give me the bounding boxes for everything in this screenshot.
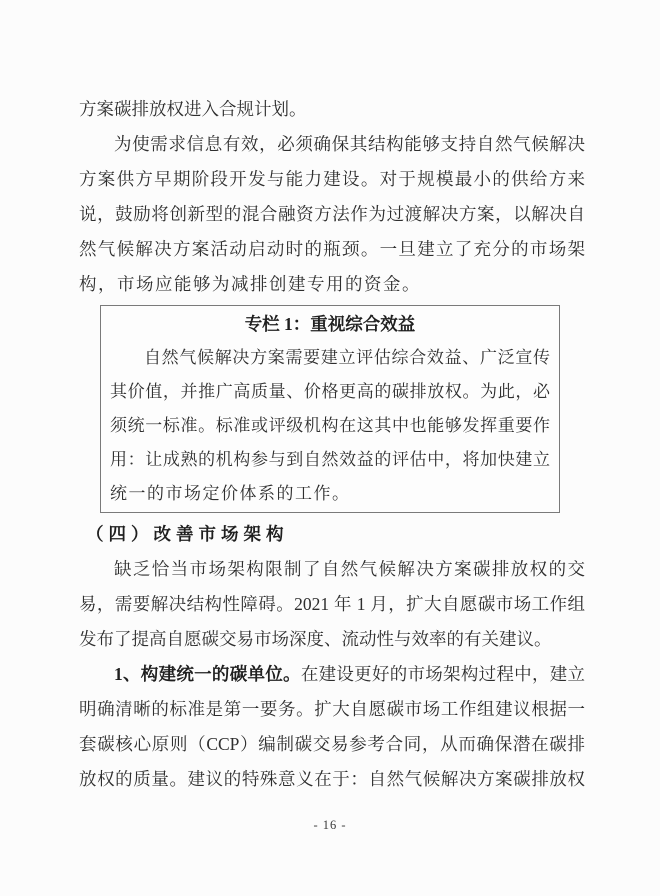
- callout-box: 专栏 1：重视综合效益 自然气候解决方案需要建立评估综合效益、广泛宣传 其价值，…: [100, 305, 560, 513]
- paragraph-4-lead-line: 1、构建统一的碳单位。在建设更好的市场架构过程中，建立: [79, 657, 585, 692]
- paragraph-4-line: 放权的质量。建议的特殊意义在于：自然气候解决方案碳排放权: [79, 762, 585, 797]
- page-number: - 16 -: [0, 818, 660, 833]
- section-heading: （四）改善市场架构: [79, 517, 585, 552]
- paragraph-3-line: 易，需要解决结构性障碍。2021 年 1 月，扩大自愿碳市场工作组: [79, 587, 585, 622]
- callout-box-line: 须统一标准。标准或评级机构在这其中也能够发挥重要作: [110, 409, 550, 443]
- callout-box-line: 统一的市场定价体系的工作。: [110, 477, 550, 511]
- paragraph-2-line: 然气候解决方案活动启动时的瓶颈。一旦建立了充分的市场架: [79, 232, 585, 267]
- paragraph-3-line: 发布了提高自愿碳交易市场深度、流动性与效率的有关建议。: [79, 622, 585, 657]
- paragraph-4-line: 明确清晰的标准是第一要务。扩大自愿碳市场工作组建议根据一: [79, 692, 585, 727]
- paragraph-4-lead-rest: 在建设更好的市场架构过程中，建立: [301, 664, 585, 684]
- callout-box-line: 用：让成熟的机构参与到自然效益的评估中，将加快建立: [110, 443, 550, 477]
- paragraph-2-line: 说，鼓励将创新型的混合融资方法作为过渡解决方案，以解决自: [79, 197, 585, 232]
- paragraph-1-line: 方案碳排放权进入合规计划。: [79, 92, 585, 127]
- paragraph-4-bold-lead: 1、构建统一的碳单位。: [114, 664, 301, 684]
- callout-box-line: 自然气候解决方案需要建立评估综合效益、广泛宣传: [110, 341, 550, 375]
- paragraph-3-line: 缺乏恰当市场架构限制了自然气候解决方案碳排放权的交: [79, 552, 585, 587]
- text-column: 方案碳排放权进入合规计划。 为使需求信息有效，必须确保其结构能够支持自然气候解决…: [79, 92, 585, 797]
- document-page: 方案碳排放权进入合规计划。 为使需求信息有效，必须确保其结构能够支持自然气候解决…: [0, 0, 660, 896]
- paragraph-2-line: 方案供方早期阶段开发与能力建设。对于规模最小的供给方来: [79, 162, 585, 197]
- paragraph-2-line: 构，市场应能够为减排创建专用的资金。: [79, 267, 585, 302]
- paragraph-4-line: 套碳核心原则（CCP）编制碳交易参考合同，从而确保潜在碳排: [79, 727, 585, 762]
- callout-box-line: 其价值，并推广高质量、价格更高的碳排放权。为此，必: [110, 375, 550, 409]
- callout-box-title: 专栏 1：重视综合效益: [110, 307, 550, 341]
- paragraph-2-line: 为使需求信息有效，必须确保其结构能够支持自然气候解决: [79, 127, 585, 162]
